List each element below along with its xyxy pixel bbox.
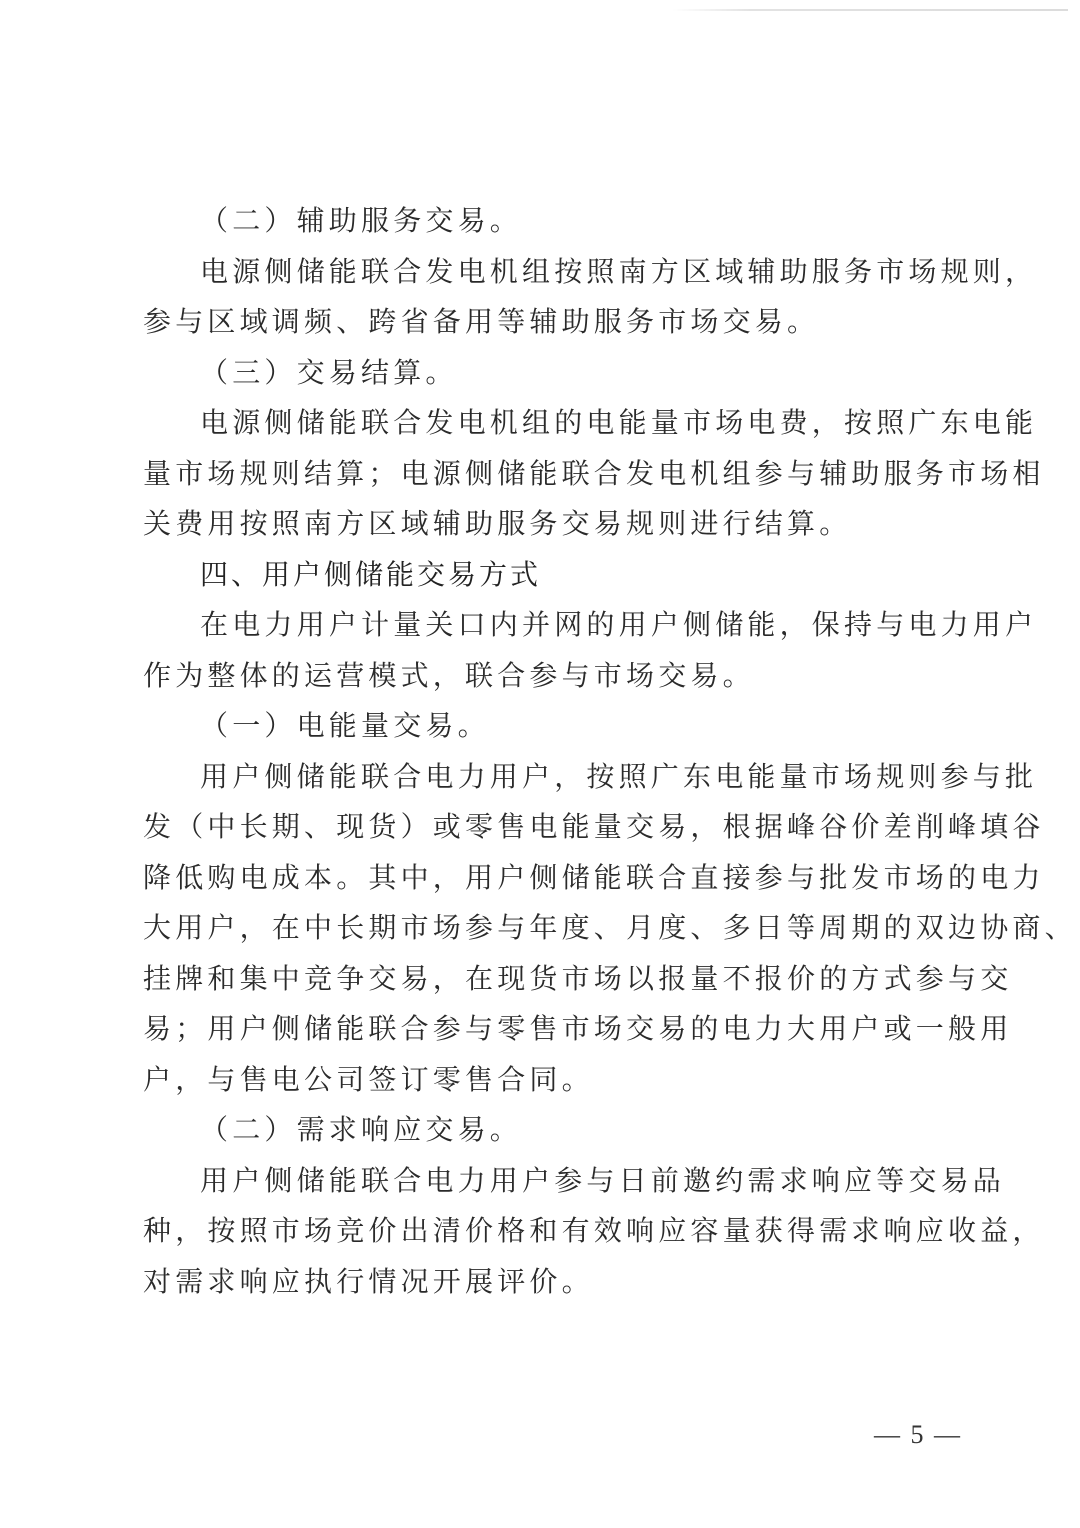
section-subheading-demand-response: （二）需求响应交易。 (143, 1105, 943, 1156)
paragraph-line: 电源侧储能联合发电机组的电能量市场电费，按照广东电能 (143, 398, 943, 449)
paragraph-line: 用户侧储能联合电力用户参与日前邀约需求响应等交易品 (143, 1156, 943, 1207)
section-subheading-settlement: （三）交易结算。 (143, 348, 943, 399)
paragraph-line: 降低购电成本。其中，用户侧储能联合直接参与批发市场的电力 (143, 853, 943, 904)
paragraph-line: 关费用按照南方区域辅助服务交易规则进行结算。 (143, 499, 943, 550)
section-heading-user-side-storage: 四、用户侧储能交易方式 (143, 550, 943, 601)
paragraph-line: 在电力用户计量关口内并网的用户侧储能，保持与电力用户 (143, 600, 943, 651)
page-number: — 5 — (874, 1420, 962, 1450)
paragraph-line: 作为整体的运营模式，联合参与市场交易。 (143, 651, 943, 702)
paragraph-line: 量市场规则结算；电源侧储能联合发电机组参与辅助服务市场相 (143, 449, 943, 500)
section-subheading-energy-trading: （一）电能量交易。 (143, 701, 943, 752)
document-body: （二）辅助服务交易。 电源侧储能联合发电机组按照南方区域辅助服务市场规则， 参与… (143, 196, 943, 1307)
paragraph-line: 户，与售电公司签订零售合同。 (143, 1055, 943, 1106)
paragraph-line: 种，按照市场竞价出清价格和有效响应容量获得需求响应收益， (143, 1206, 943, 1257)
paragraph-line: 大用户，在中长期市场参与年度、月度、多日等周期的双边协商、 (143, 903, 943, 954)
paragraph-line: 参与区域调频、跨省备用等辅助服务市场交易。 (143, 297, 943, 348)
paragraph-line: 用户侧储能联合电力用户，按照广东电能量市场规则参与批 (143, 752, 943, 803)
section-subheading-auxiliary-services: （二）辅助服务交易。 (143, 196, 943, 247)
paragraph-line: 挂牌和集中竞争交易，在现货市场以报量不报价的方式参与交 (143, 954, 943, 1005)
paragraph-line: 对需求响应执行情况开展评价。 (143, 1257, 943, 1308)
scan-edge-rule (672, 9, 1068, 11)
paragraph-line: 易；用户侧储能联合参与零售市场交易的电力大用户或一般用 (143, 1004, 943, 1055)
paragraph-line: 电源侧储能联合发电机组按照南方区域辅助服务市场规则， (143, 247, 943, 298)
paragraph-line: 发（中长期、现货）或零售电能量交易，根据峰谷价差削峰填谷 (143, 802, 943, 853)
